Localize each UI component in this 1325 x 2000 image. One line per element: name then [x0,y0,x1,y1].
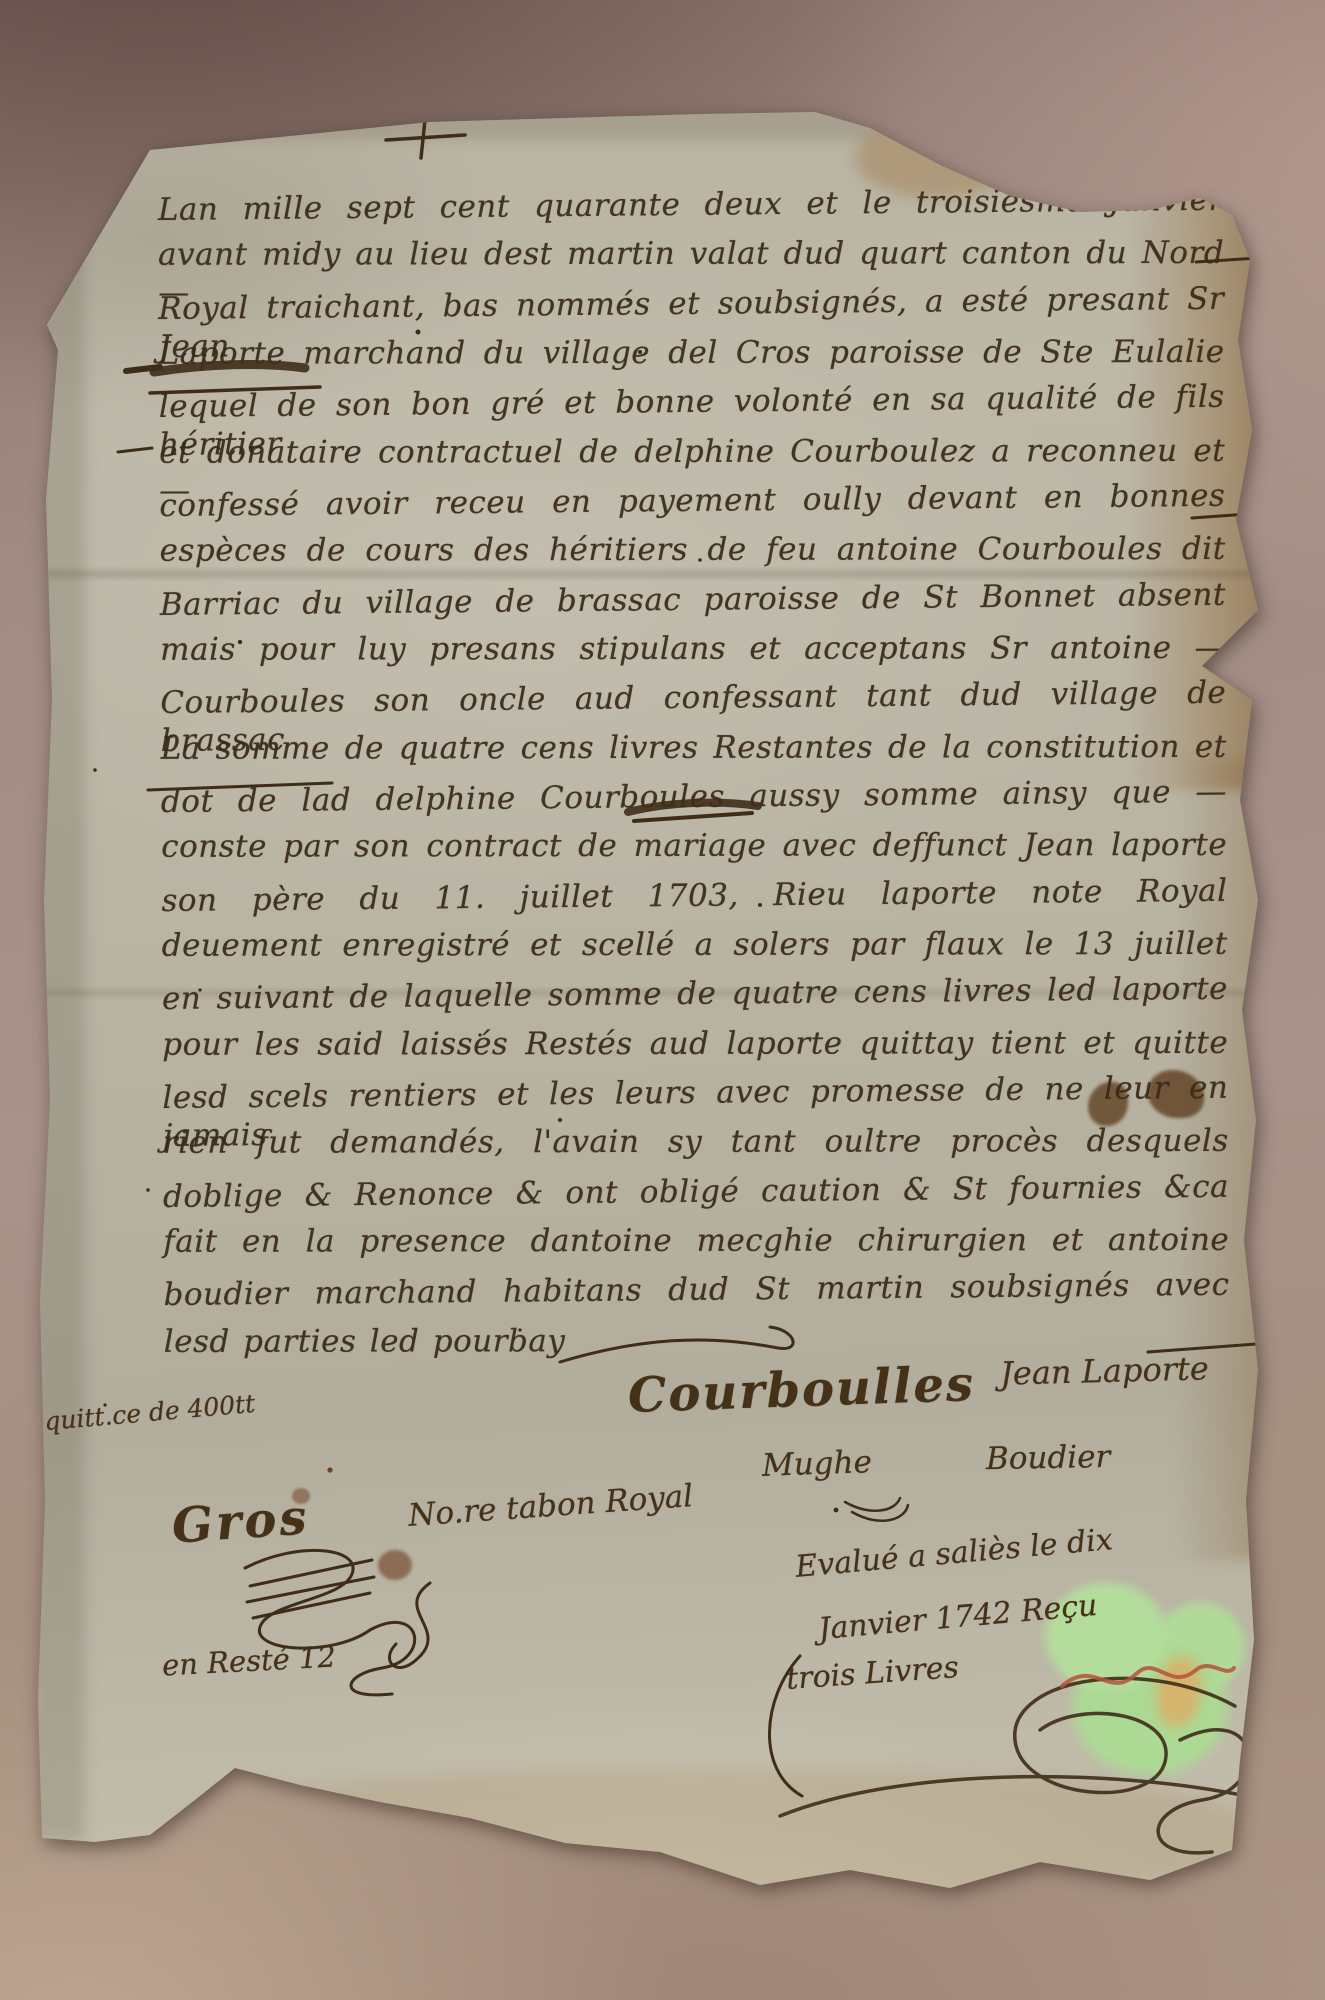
underline-mark [148,783,332,790]
paper-sheet: Lan mille sept cent quarante deux et le … [0,0,1325,2000]
flourish-stroke [560,1327,793,1362]
red-ink-scribble [1062,1666,1234,1686]
strikethrough-mark [628,803,758,821]
margin-dash [118,448,152,452]
flourish-stroke [769,1656,802,1796]
cross-mark [386,120,465,158]
flourish-stroke [1148,1343,1270,1352]
ink-marks-overlay [0,0,1325,2000]
photograph-of-manuscript: Lan mille sept cent quarante deux et le … [0,0,1325,2000]
margin-dash [1196,258,1258,262]
margin-dash [1192,514,1248,518]
signature-paraph [845,1498,908,1521]
strikethrough-mark [150,365,320,393]
notary-paraph [245,1550,415,1694]
fiscal-paraph [780,1678,1249,1852]
paper-sheet-wrap: Lan mille sept cent quarante deux et le … [0,0,1325,2000]
ink-specks [93,298,838,1512]
